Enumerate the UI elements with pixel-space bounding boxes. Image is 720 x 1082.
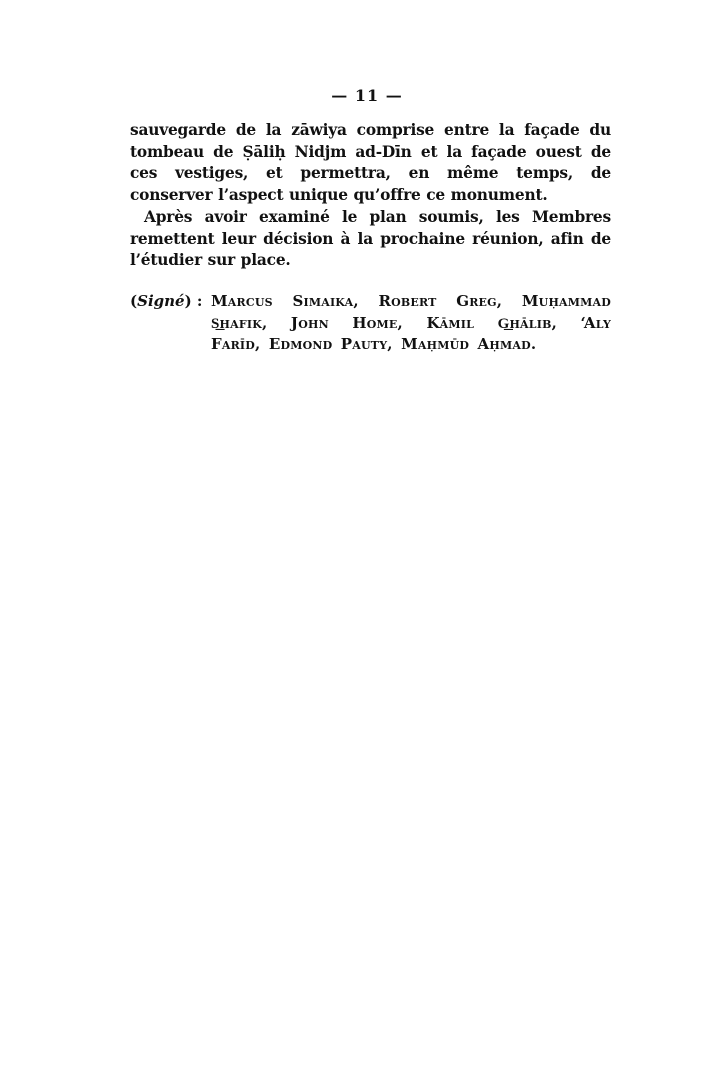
signatory-line-3: Farīd, Edmond Pauty, Maḥmūd Aḥmad. — [211, 334, 611, 356]
signatory-line-1: Marcus Simaika, Robert Greg, Muḥammad — [211, 291, 611, 313]
signature-label-word: Signé — [137, 292, 184, 310]
page-number: — 11 — — [0, 86, 720, 105]
signatory-line-2: S͟hafik, John Home, Kāmil G͟hālib, ‘Aly — [211, 313, 611, 335]
signature-block: (Signé) : Marcus Simaika, Robert Greg, M… — [130, 291, 611, 356]
paragraph-text: Après avoir examiné le plan soumis, les … — [130, 207, 611, 272]
paragraph-text: sauvegarde de la zāwiya comprise entre l… — [130, 120, 611, 206]
body-paragraph-1: sauvegarde de la zāwiya comprise entre l… — [130, 120, 611, 206]
signature-label-close: ) : — [185, 292, 203, 310]
signature-label: (Signé) : — [130, 291, 211, 356]
signatory-names: Marcus Simaika, Robert Greg, Muḥammad S͟… — [211, 291, 611, 356]
body-paragraph-2: Après avoir examiné le plan soumis, les … — [130, 207, 611, 272]
